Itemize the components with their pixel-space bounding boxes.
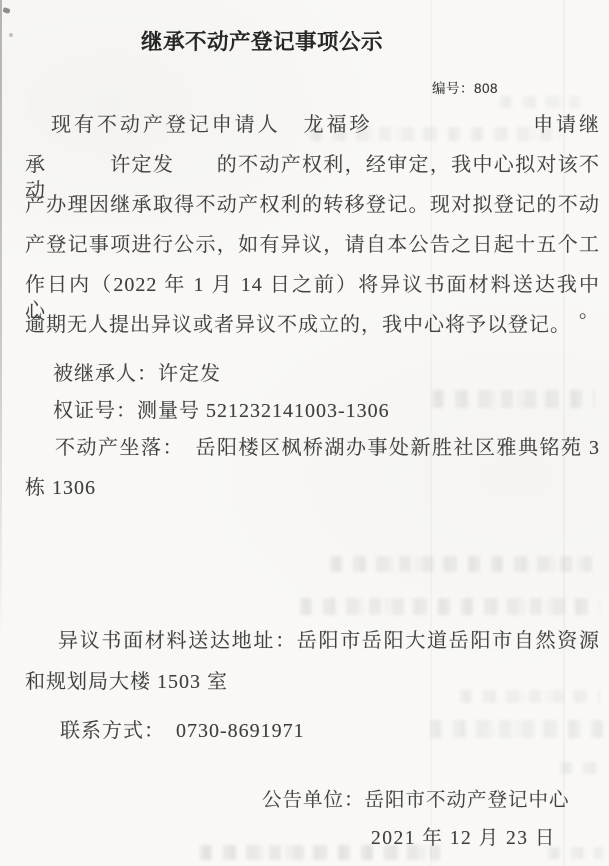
document-number: 编号：808 <box>432 76 498 102</box>
scanned-notice-page: 继承不动产登记事项公示 编号：808 现有不动产登记申请人 龙福珍 申请继 承 … <box>0 0 609 866</box>
property-location-field: 不动产坐落： 岳阳楼区枫桥湖办事处新胜社区雅典铭苑 3 <box>25 435 600 461</box>
scan-speck-artifact <box>9 33 13 37</box>
scan-speck-artifact <box>2 7 10 14</box>
issuing-authority: 公告单位：岳阳市不动产登记中心 <box>262 788 570 814</box>
bleed-through-artifact <box>500 96 580 108</box>
body-line: 现有不动产登记申请人 龙福珍 申请继 <box>25 112 600 138</box>
bleed-through-artifact <box>460 690 600 703</box>
objection-address-field-wrap: 和规划局大楼 1503 室 <box>25 669 228 695</box>
bleed-through-artifact <box>330 556 592 572</box>
body-line: 逾期无人提出异议或者异议不成立的，我中心将予以登记。 <box>25 312 571 338</box>
scan-edge-artifact <box>0 0 2 640</box>
property-location-field-wrap: 栋 1306 <box>25 475 96 501</box>
contact-phone-field: 联系方式： 0730-8691971 <box>25 718 305 744</box>
bleed-through-artifact <box>560 762 606 774</box>
objection-address-field: 异议书面材料送达地址：岳阳市岳阳大道岳阳市自然资源 <box>25 628 600 654</box>
bleed-through-artifact <box>300 598 600 615</box>
page-title: 继承不动产登记事项公示 <box>141 29 383 55</box>
bleed-through-artifact <box>430 720 605 738</box>
issue-date: 2021 年 12 月 23 日 <box>371 826 556 852</box>
certificate-number-field: 权证号：测量号 521232141003-1306 <box>25 398 390 424</box>
decedent-field: 被继承人：许定发 <box>25 361 221 387</box>
body-line: 产登记事项进行公示，如有异议，请自本公告之日起十五个工 <box>25 232 600 258</box>
body-line: 产办理因继承取得不动产权利的转移登记。现对拟登记的不动 <box>25 192 600 218</box>
bleed-through-artifact <box>548 847 603 859</box>
bleed-through-artifact <box>432 390 595 408</box>
